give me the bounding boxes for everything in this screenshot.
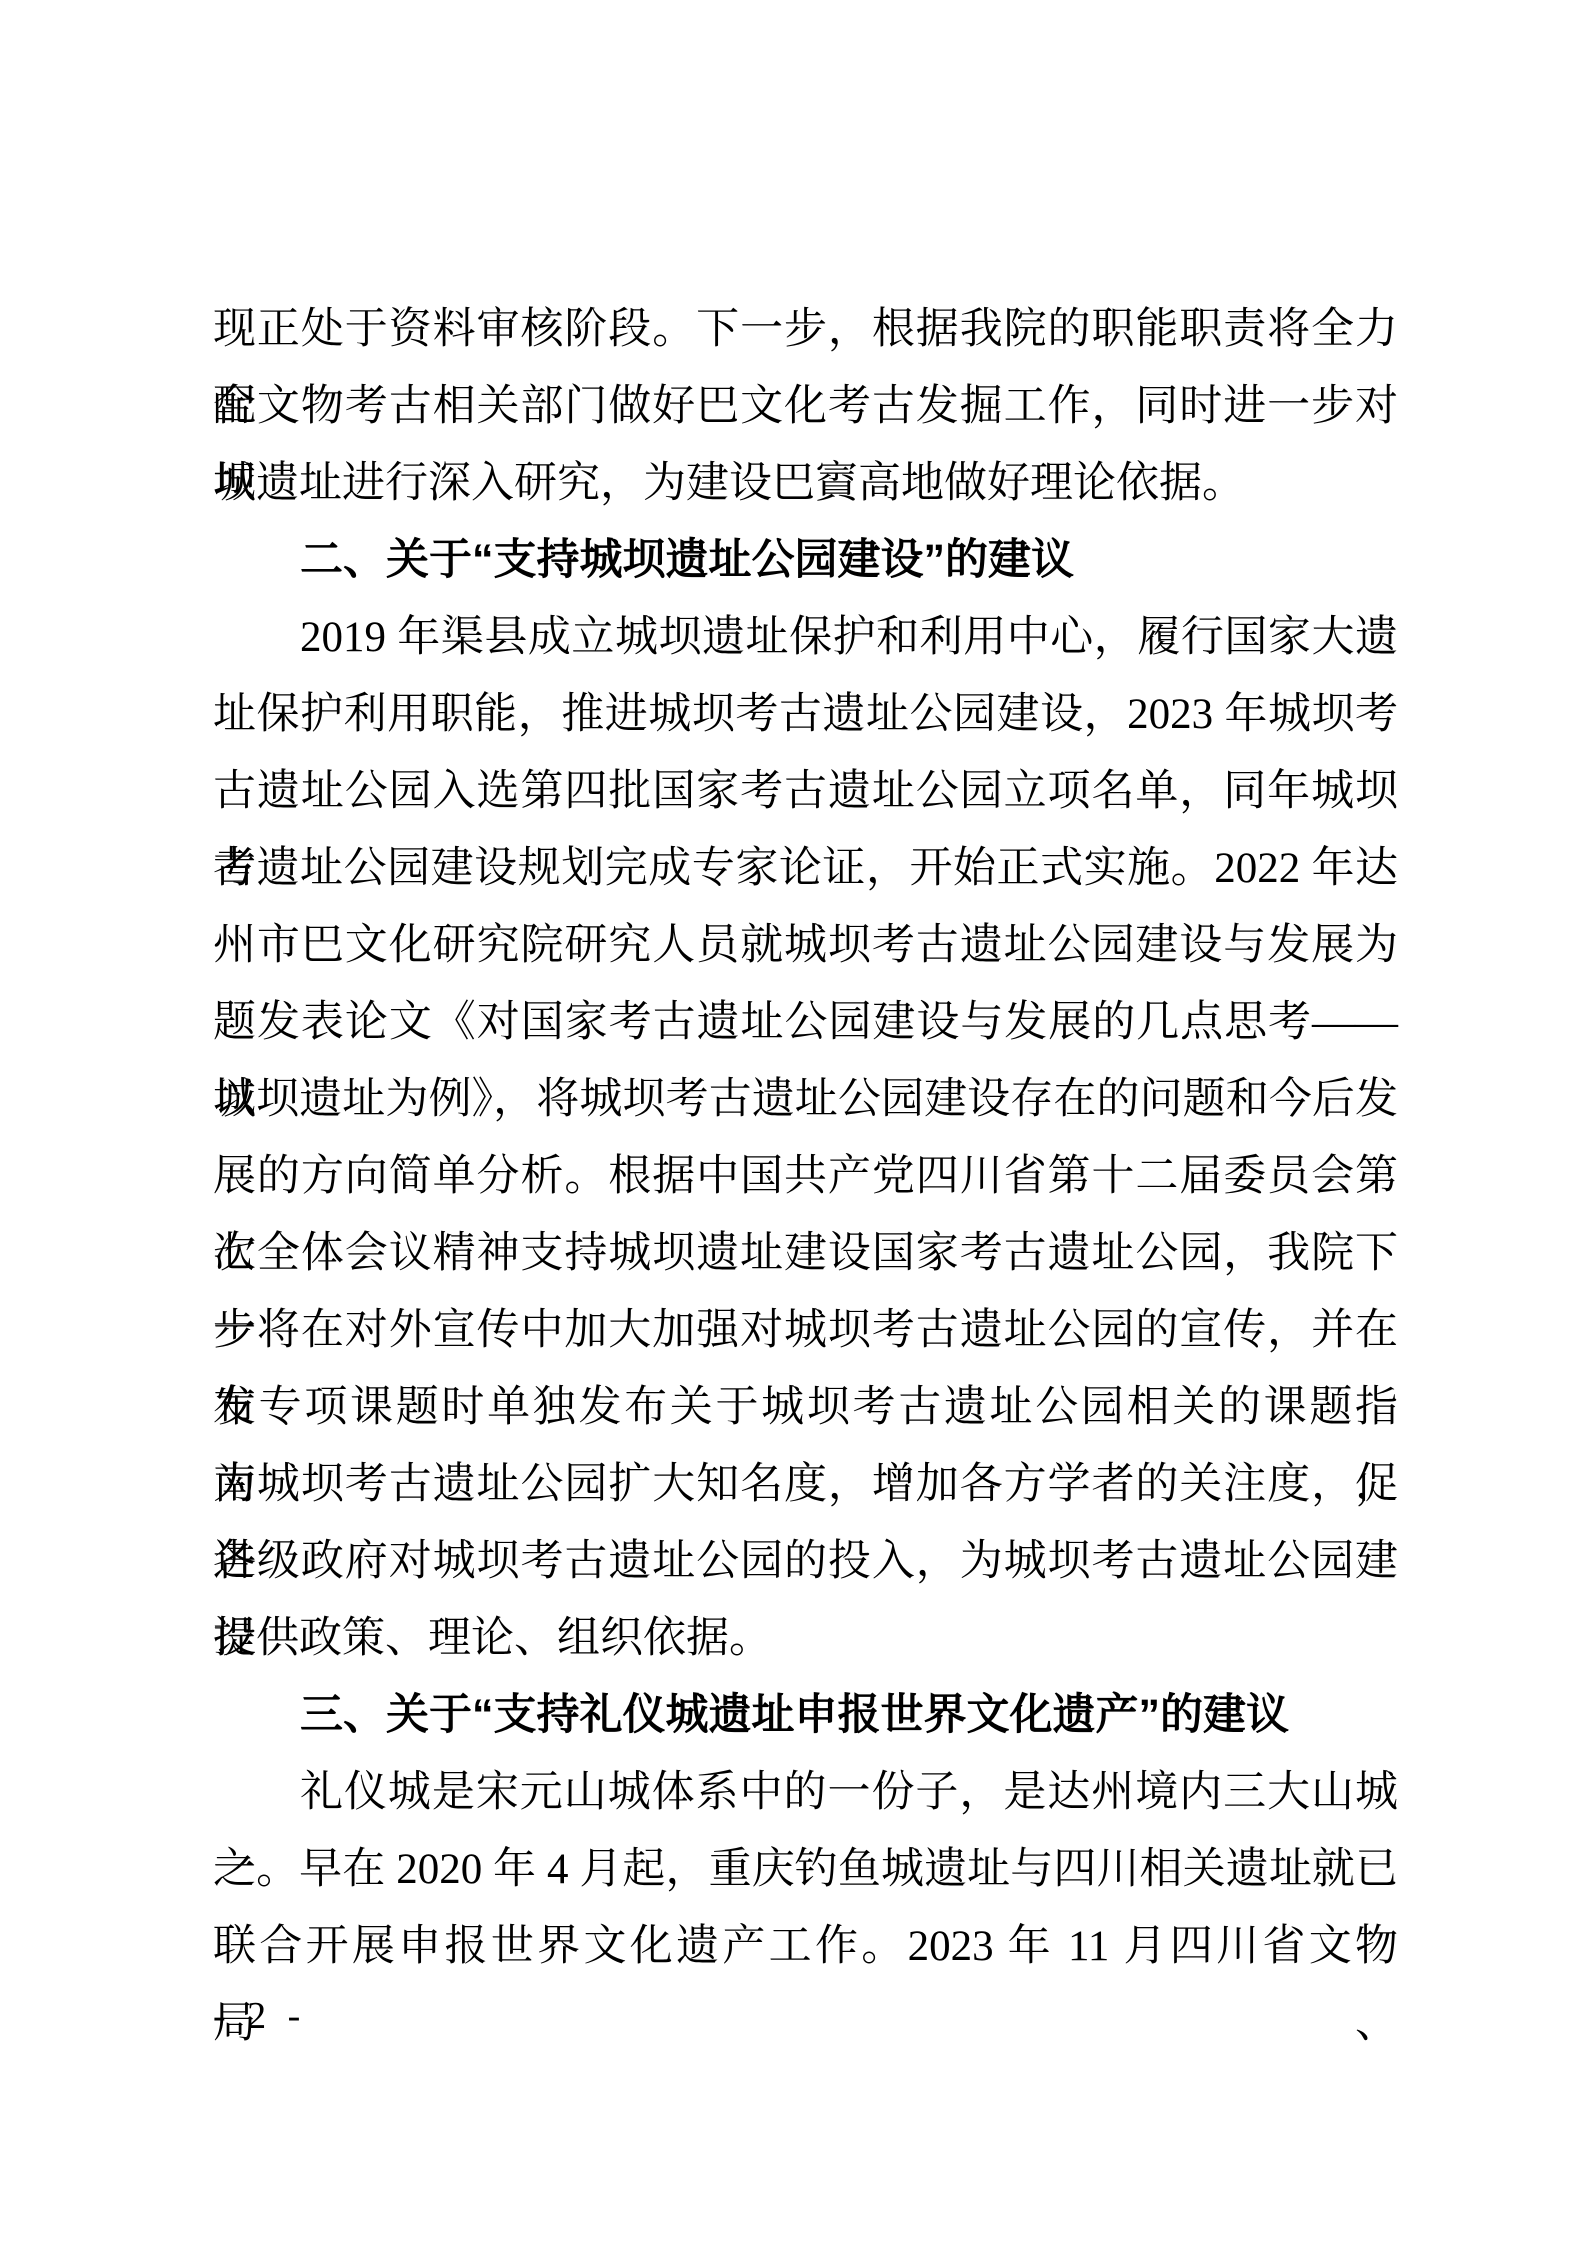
document-page: 现正处于资料审核阶段。下一步，根据我院的职能职责将全力配合文物考古相关部门做好巴… (0, 0, 1587, 2245)
text-line: 次全体会议精神支持城坝遗址建设国家考古遗址公园，我院下一 (213, 1215, 1398, 1292)
text-line: 提供政策、理论、组织依据。 (213, 1600, 1398, 1677)
text-line: 坝遗址进行深入研究，为建设巴賨高地做好理论依据。 (213, 445, 1398, 522)
text-line: 布专项课题时单独发布关于城坝考古遗址公园相关的课题指南， (213, 1369, 1398, 1446)
text-line: 联合开展申报世界文化遗产工作。2023 年 11 月四川省文物局、 (213, 1908, 1398, 1985)
text-line: 题发表论文《对国家考古遗址公园建设与发展的几点思考——以 (213, 984, 1398, 1061)
text-line: 古遗址公园入选第四批国家考古遗址公园立项名单，同年城坝考 (213, 753, 1398, 830)
text-line: 州市巴文化研究院研究人员就城坝考古遗址公园建设与发展为 (213, 907, 1398, 984)
text-line: 步将在对外宣传中加大加强对城坝考古遗址公园的宣传，并在发 (213, 1292, 1398, 1369)
text-line: 2019 年渠县成立城坝遗址保护和利用中心，履行国家大遗 (213, 599, 1398, 676)
text-line: 礼仪城是宋元山城体系中的一份子，是达州境内三大山城之 (213, 1754, 1398, 1831)
text-line: 城坝遗址为例》，将城坝考古遗址公园建设存在的问题和今后发 (213, 1061, 1398, 1138)
text-line: 二、关于“支持城坝遗址公园建设”的建议 (213, 522, 1398, 599)
text-line: 三、关于“支持礼仪城遗址申报世界文化遗产”的建议 (213, 1677, 1398, 1754)
text-line: 为城坝考古遗址公园扩大知名度，增加各方学者的关注度，促进 (213, 1446, 1398, 1523)
text-line: 合文物考古相关部门做好巴文化考古发掘工作，同时进一步对城 (213, 368, 1398, 445)
text-line: 现正处于资料审核阶段。下一步，根据我院的职能职责将全力配 (213, 291, 1398, 368)
text-line: 一。早在 2020 年 4 月起，重庆钓鱼城遗址与四川相关遗址就已 (213, 1831, 1398, 1908)
document-body: 现正处于资料审核阶段。下一步，根据我院的职能职责将全力配合文物考古相关部门做好巴… (213, 291, 1398, 1985)
text-line: 各级政府对城坝考古遗址公园的投入，为城坝考古遗址公园建设 (213, 1523, 1398, 1600)
page-number: - 2 - (213, 1994, 306, 2038)
text-line: 址保护利用职能，推进城坝考古遗址公园建设，2023 年城坝考 (213, 676, 1398, 753)
text-line: 展的方向简单分析。根据中国共产党四川省第十二届委员会第七 (213, 1138, 1398, 1215)
text-line: 古遗址公园建设规划完成专家论证，开始正式实施。2022 年达 (213, 830, 1398, 907)
